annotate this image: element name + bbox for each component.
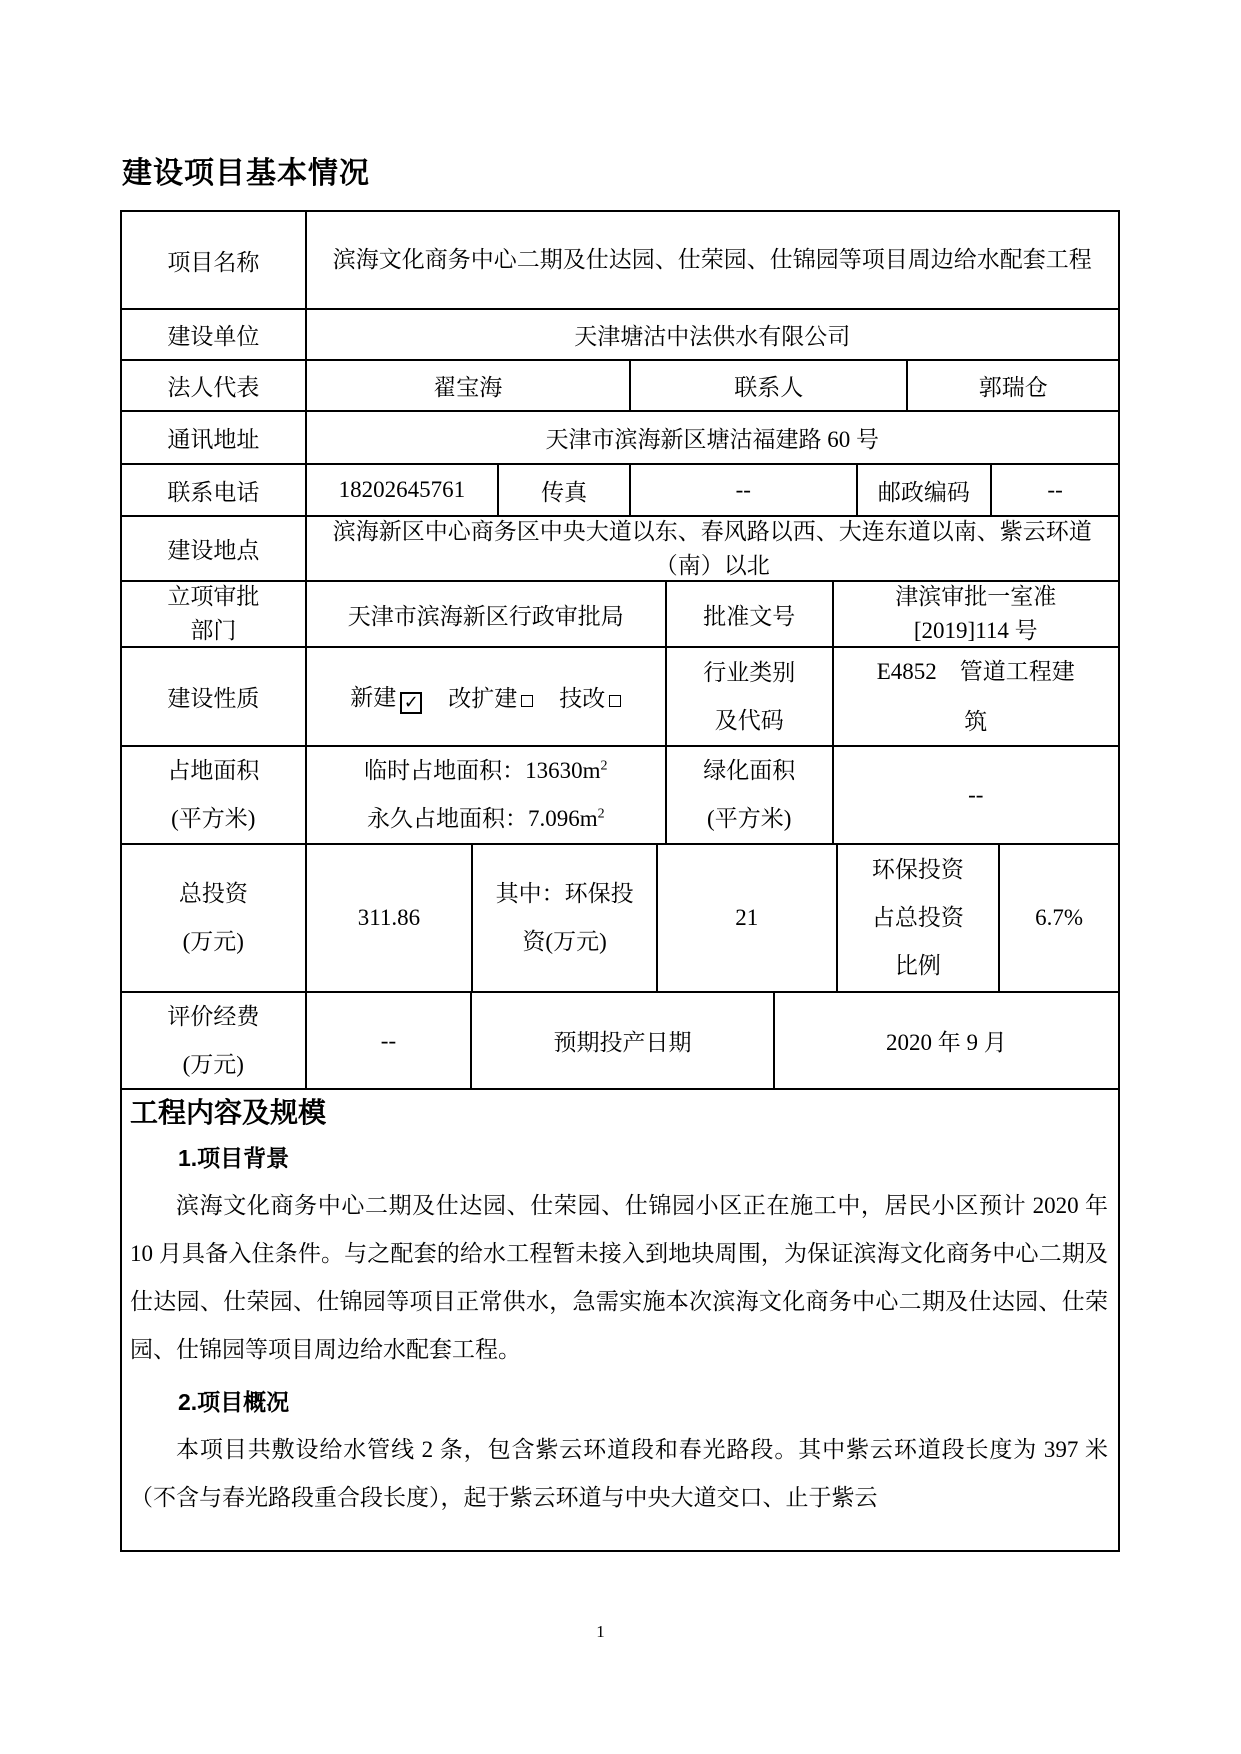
table-row: 法人代表 翟宝海 联系人 郭瑞仓	[122, 361, 1120, 412]
env-ratio-label: 环保投资占总投资比例	[838, 845, 1001, 993]
section-project-content: 工程内容及规模 1.项目背景 滨海文化商务中心二期及仕达园、仕荣园、仕锦园小区正…	[120, 1090, 1120, 1552]
construction-nature-label: 建设性质	[122, 648, 307, 747]
table-row: 立项审批部门 天津市滨海新区行政审批局 批准文号 津滨审批一室准[2019]11…	[122, 582, 1120, 648]
land-area-label: 占地面积(平方米)	[122, 747, 307, 845]
postcode-label: 邮政编码	[858, 465, 993, 517]
green-area-label: 绿化面积(平方米)	[667, 747, 834, 845]
background-heading: 1.项目背景	[178, 1134, 1108, 1182]
contact-person-value: 郭瑞仓	[908, 361, 1120, 412]
industry-code-label: 行业类别及代码	[667, 648, 834, 747]
basic-info-table: 项目名称 滨海文化商务中心二期及仕达园、仕荣园、仕锦园等项目周边给水配套工程 建…	[120, 210, 1120, 1090]
eval-fee-label: 评价经费(万元)	[122, 993, 307, 1090]
table-row: 占地面积(平方米) 临时占地面积：13630m2 永久占地面积：7.096m2 …	[122, 747, 1120, 845]
nature-option-tech: 技改	[559, 680, 621, 713]
location-label: 建设地点	[122, 517, 307, 582]
production-date-label: 预期投产日期	[472, 993, 774, 1090]
approval-dept-label: 立项审批部门	[122, 582, 307, 648]
land-area-value: 临时占地面积：13630m2 永久占地面积：7.096m2	[307, 747, 667, 845]
checkbox-empty-icon	[609, 695, 621, 707]
table-row: 评价经费(万元) -- 预期投产日期 2020 年 9 月	[122, 993, 1120, 1090]
table-row: 总投资(万元) 311.86 其中：环保投资(万元) 21 环保投资占总投资比例…	[122, 845, 1120, 993]
total-investment-label: 总投资(万元)	[122, 845, 307, 993]
section-title: 工程内容及规模	[130, 1096, 1108, 1130]
total-investment-value: 311.86	[307, 845, 474, 993]
env-investment-label: 其中：环保投资(万元)	[473, 845, 658, 993]
project-name-value: 滨海文化商务中心二期及仕达园、仕荣园、仕锦园等项目周边给水配套工程	[307, 212, 1120, 310]
address-value: 天津市滨海新区塘沽福建路 60 号	[307, 412, 1120, 465]
table-row: 建设地点 滨海新区中心商务区中央大道以东、春风路以西、大连东道以南、紫云环道（南…	[122, 517, 1120, 582]
phone-value: 18202645761	[307, 465, 500, 517]
background-paragraph: 滨海文化商务中心二期及仕达园、仕荣园、仕锦园小区正在施工中，居民小区预计 202…	[130, 1182, 1108, 1374]
project-name-label: 项目名称	[122, 212, 307, 310]
location-value: 滨海新区中心商务区中央大道以东、春风路以西、大连东道以南、紫云环道（南）以北	[307, 517, 1120, 582]
address-label: 通讯地址	[122, 412, 307, 465]
table-row: 联系电话 18202645761 传真 -- 邮政编码 --	[122, 465, 1120, 517]
fax-label: 传真	[499, 465, 631, 517]
approval-doc-value: 津滨审批一室准[2019]114 号	[834, 582, 1120, 648]
phone-label: 联系电话	[122, 465, 307, 517]
legal-rep-value: 翟宝海	[307, 361, 631, 412]
checkbox-checked-icon: ✓	[400, 692, 422, 714]
construction-unit-label: 建设单位	[122, 310, 307, 361]
nature-option-rebuild: 改扩建	[448, 680, 533, 713]
approval-doc-label: 批准文号	[667, 582, 834, 648]
construction-unit-value: 天津塘沽中法供水有限公司	[307, 310, 1120, 361]
table-row: 建设性质 新建✓ 改扩建 技改 行业类别及代码 E4852 管道工程建筑	[122, 648, 1120, 747]
checkbox-empty-icon	[521, 695, 533, 707]
green-area-value: --	[834, 747, 1120, 845]
page-number: 1	[0, 1622, 1201, 1642]
table-row: 通讯地址 天津市滨海新区塘沽福建路 60 号	[122, 412, 1120, 465]
industry-code-value: E4852 管道工程建筑	[834, 648, 1120, 747]
eval-fee-value: --	[307, 993, 473, 1090]
fax-value: --	[631, 465, 858, 517]
env-investment-value: 21	[658, 845, 838, 993]
page-title: 建设项目基本情况	[122, 158, 1120, 190]
contact-person-label: 联系人	[631, 361, 908, 412]
table-row: 建设单位 天津塘沽中法供水有限公司	[122, 310, 1120, 361]
env-ratio-value: 6.7%	[1000, 845, 1120, 993]
overview-paragraph: 本项目共敷设给水管线 2 条，包含紫云环道段和春光路段。其中紫云环道段长度为 3…	[130, 1426, 1108, 1522]
document-page: 建设项目基本情况 项目名称 滨海文化商务中心二期及仕达园、仕荣园、仕锦园等项目周…	[0, 0, 1241, 1754]
postcode-value: --	[992, 465, 1120, 517]
overview-heading: 2.项目概况	[178, 1378, 1108, 1426]
table-row: 项目名称 滨海文化商务中心二期及仕达园、仕荣园、仕锦园等项目周边给水配套工程	[122, 212, 1120, 310]
legal-rep-label: 法人代表	[122, 361, 307, 412]
approval-dept-value: 天津市滨海新区行政审批局	[307, 582, 667, 648]
production-date-value: 2020 年 9 月	[775, 993, 1120, 1090]
nature-option-new: 新建✓	[350, 679, 422, 714]
construction-nature-value: 新建✓ 改扩建 技改	[307, 648, 667, 747]
